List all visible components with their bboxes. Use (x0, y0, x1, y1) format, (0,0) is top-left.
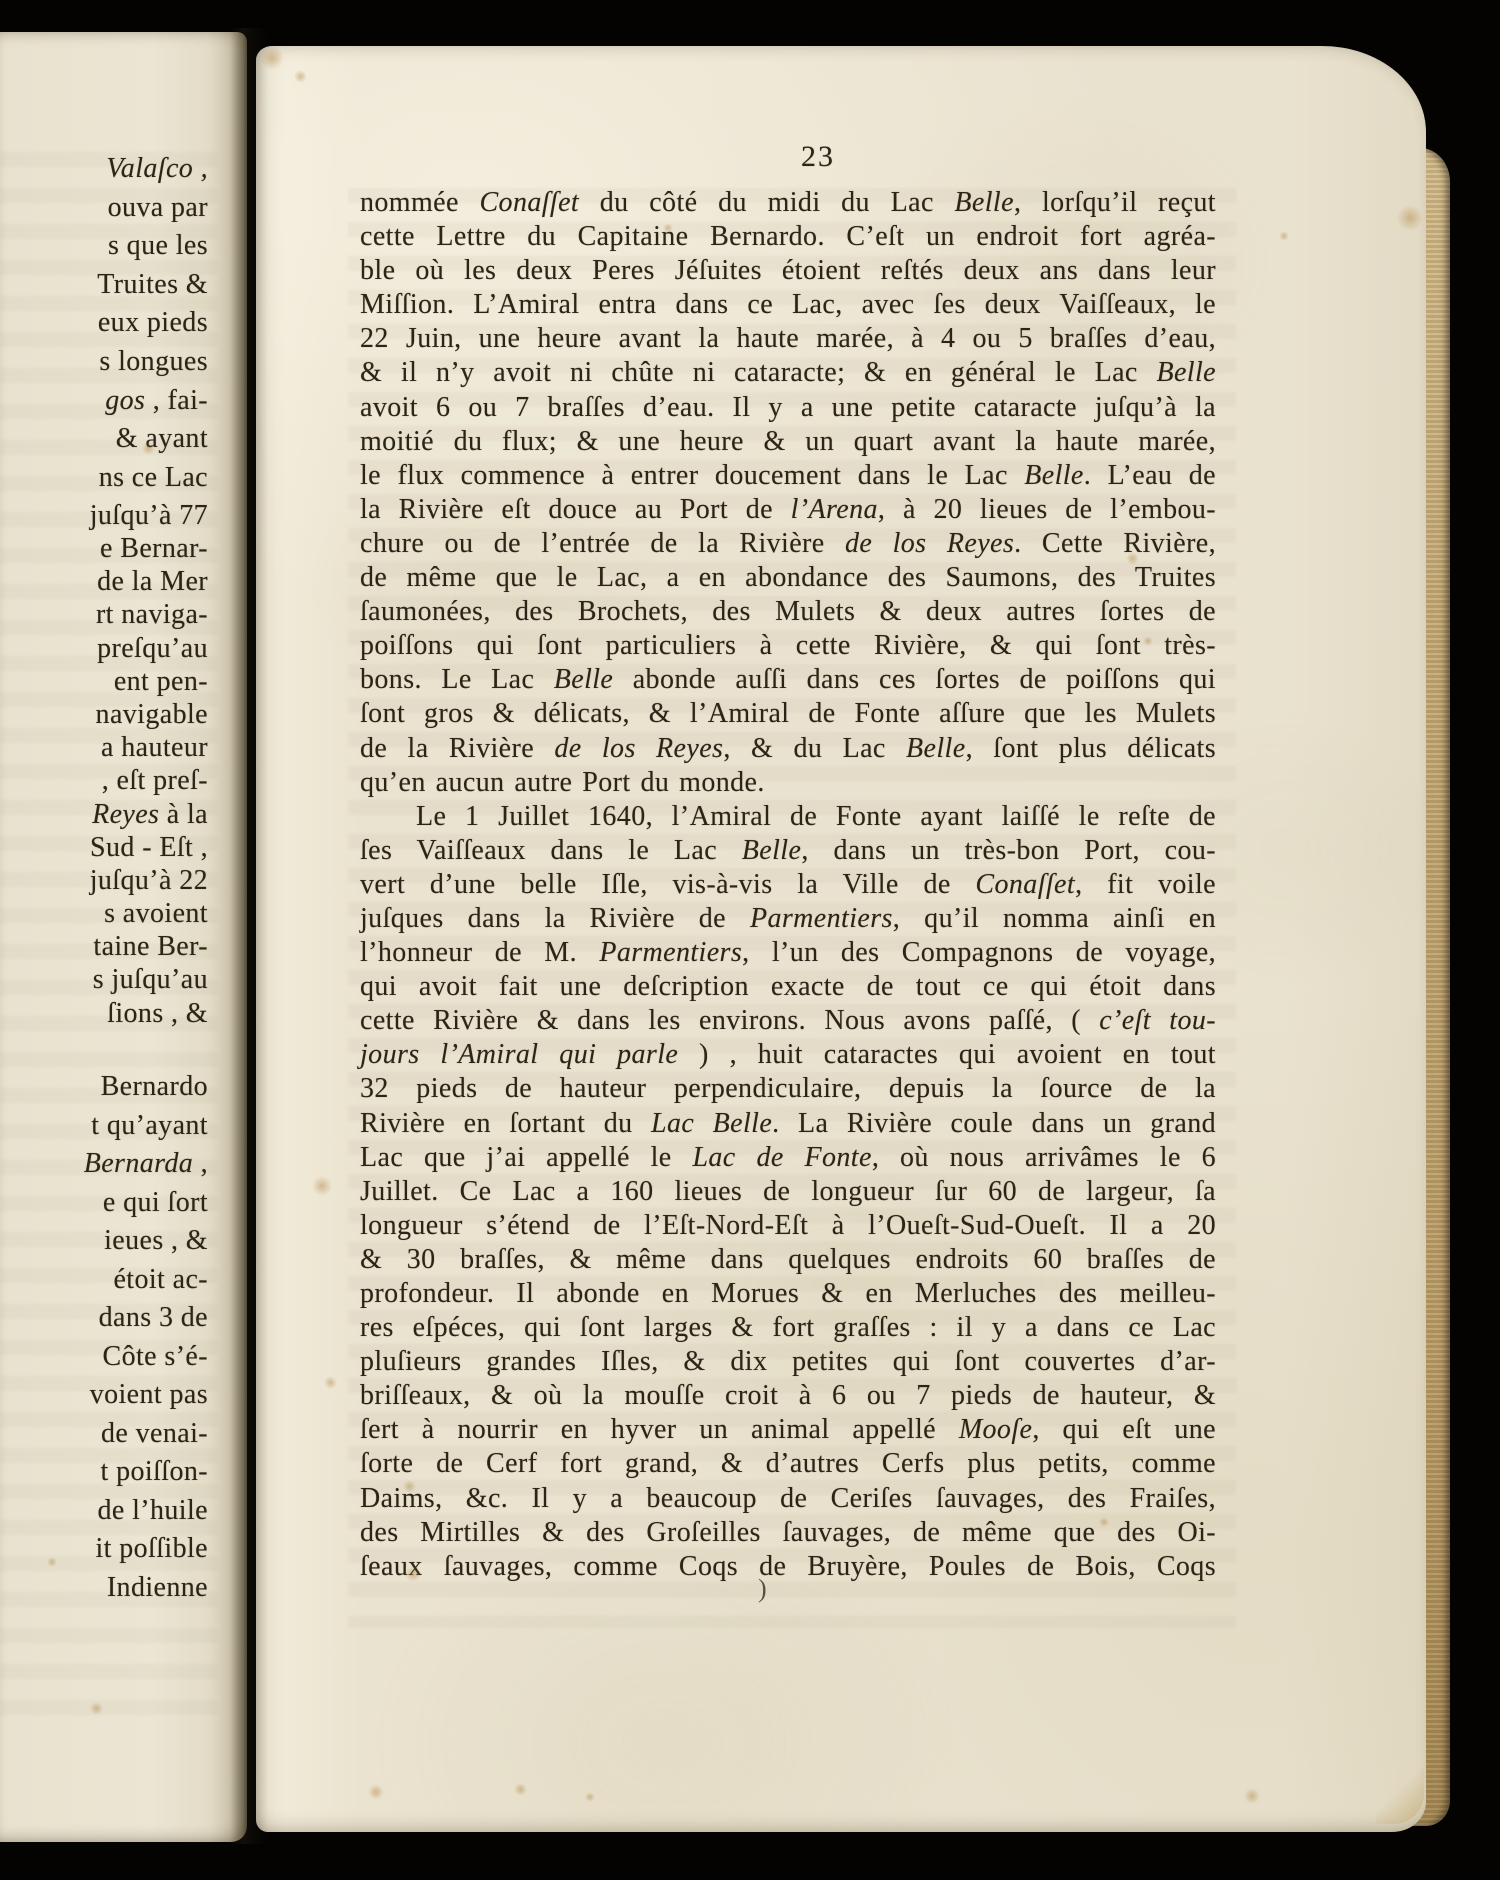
text-run: de l’huile (97, 1495, 208, 1526)
text-run: s avoient (104, 898, 208, 929)
text-run: ſeaux ſauvages, comme Coqs de Bruyère, P… (360, 1551, 1216, 1582)
text-run: la Rivière eſt douce au Port de (360, 494, 791, 525)
text-run: . L’eau de (1084, 460, 1216, 491)
text-run: abonde auſſi dans ces ſortes de poiſſons… (613, 664, 1216, 695)
text-run: à la (159, 799, 208, 830)
text-line: 22 Juin, une heure avant la haute marée,… (360, 322, 1216, 356)
text-run: , lorſqu’il reçut (1014, 187, 1216, 218)
text-line: Rivière en ſortant du Lac Belle. La Rivi… (360, 1107, 1216, 1141)
italic-text-run: Belle (1156, 357, 1216, 388)
text-line: avoit 6 ou 7 braſſes d’eau. Il y a une p… (360, 391, 1216, 425)
text-run: de la Rivière (360, 733, 554, 764)
text-run: ſont gros & délicats, & l’Amiral de Font… (360, 698, 1216, 729)
text-run: 22 Juin, une heure avant la haute marée,… (360, 323, 1216, 354)
left-page-text-line: Reyes à la (0, 798, 208, 831)
text-run: e Bernar- (100, 533, 208, 564)
text-line: bons. Le Lac Belle abonde auſſi dans ces… (360, 663, 1216, 697)
text-run: voient pas (90, 1379, 208, 1410)
text-run: cette Rivière & dans les environs. Nous … (360, 1005, 1099, 1036)
left-page-text-line: dans 3 de (0, 1299, 208, 1338)
text-line: Lac que j’ai appellé le Lac de Fonte, où… (360, 1141, 1216, 1175)
left-page-text-line: Indienne (0, 1569, 208, 1608)
text-run: s que les (108, 230, 208, 261)
left-page-text-line: de la Mer (0, 565, 208, 598)
text-run: , l’un des Compagnons de voyage, (742, 937, 1216, 968)
text-run: , à 20 lieues de l’embou- (878, 494, 1216, 525)
left-page-text-line: e Bernar- (0, 532, 208, 565)
text-run: Indienne (107, 1572, 208, 1603)
text-run: juſqu’à 77 (90, 500, 208, 531)
text-run: Le 1 Juillet 1640, l’Amiral de Fonte aya… (416, 801, 1216, 832)
right-page: 23 nommée Conaſſet du côté du midi du La… (256, 46, 1426, 1832)
text-run: ſorte de Cerf fort grand, & d’autres Cer… (360, 1448, 1216, 1479)
text-run: nommée (360, 187, 479, 218)
text-run: , & du Lac (723, 733, 906, 764)
text-run: l’honneur de M. (360, 937, 599, 968)
left-page-text-line: de venai- (0, 1415, 208, 1454)
text-run: navigable (96, 699, 208, 730)
text-run: Lac que j’ai appellé le (360, 1142, 692, 1173)
italic-text-run: Belle (954, 187, 1014, 218)
text-run: ouva par (108, 192, 208, 223)
text-line: pluſieurs grandes Iſles, & dix petites q… (360, 1345, 1216, 1379)
italic-text-run: Valaſco , (106, 153, 208, 184)
text-line: ſorte de Cerf fort grand, & d’autres Cer… (360, 1447, 1216, 1481)
text-run: it poſſible (95, 1533, 208, 1564)
left-page-text-line: preſqu’au (0, 632, 208, 665)
left-page-text-line: e qui ſort (0, 1184, 208, 1223)
left-page-text-group: Valaſco ,ouva pars que lesTruites &eux p… (0, 150, 208, 536)
text-run: Miſſion. L’Amiral entra dans ce Lac, ave… (360, 289, 1216, 320)
text-run: Truites & (97, 269, 208, 300)
text-line: vert d’une belle Iſle, vis-à-vis la Vill… (360, 868, 1216, 902)
text-run: des Mirtilles & des Groſeilles ſauvages,… (360, 1517, 1216, 1548)
text-run: , fit voile (1075, 869, 1216, 900)
italic-text-run: de los Reyes (845, 528, 1014, 559)
text-line: qu’en aucun autre Port du monde. (360, 766, 1216, 800)
left-page-text-line: & ayant (0, 420, 208, 459)
text-run: avoit 6 ou 7 braſſes d’eau. Il y a une p… (360, 392, 1216, 423)
text-run: vert d’une belle Iſle, vis-à-vis la Vill… (360, 869, 975, 900)
italic-text-run: Conaſſet (479, 187, 579, 218)
text-run: ſaumonées, des Brochets, des Mulets & de… (360, 596, 1216, 627)
italic-text-run: Belle (554, 664, 614, 695)
left-page-text-line: Bernarda , (0, 1145, 208, 1184)
text-run: ſes Vaiſſeaux dans le Lac (360, 835, 742, 866)
text-run: eux pieds (98, 307, 208, 338)
text-line: Juillet. Ce Lac a 160 lieues de longueur… (360, 1175, 1216, 1209)
text-run: de même que le Lac, a en abondance des S… (360, 562, 1216, 593)
text-run: poiſſons qui ſont particuliers à cette R… (360, 630, 1216, 661)
text-line: & il n’y avoit ni chûte ni cataracte; & … (360, 356, 1216, 390)
text-run: taine Ber- (93, 931, 208, 962)
text-run: chure ou de l’entrée de la Rivière (360, 528, 845, 559)
italic-text-run: Conaſſet (975, 869, 1075, 900)
text-run: 32 pieds de hauteur perpendiculaire, dep… (360, 1073, 1216, 1104)
text-run: Sud - Eſt , (90, 832, 208, 863)
text-run: ns ce Lac (99, 462, 208, 493)
left-page-text-line: rt naviga- (0, 598, 208, 631)
left-page-text-line: gos , fai- (0, 382, 208, 421)
book-scan: Valaſco ,ouva pars que lesTruites &eux p… (0, 0, 1500, 1880)
italic-text-run: Bernarda (84, 1148, 194, 1179)
text-run: du côté du midi du Lac (579, 187, 954, 218)
text-line: de même que le Lac, a en abondance des S… (360, 561, 1216, 595)
italic-text-run: Belle (742, 835, 802, 866)
left-page-text-line: Valaſco , (0, 150, 208, 189)
text-run: , fai- (145, 385, 208, 416)
text-run: rt naviga- (96, 599, 208, 630)
text-line: des Mirtilles & des Groſeilles ſauvages,… (360, 1516, 1216, 1550)
left-page-text-line: ieues , & (0, 1222, 208, 1261)
text-line: ſaumonées, des Brochets, des Mulets & de… (360, 595, 1216, 629)
text-run: t poiſſon- (101, 1456, 208, 1487)
left-page-text-line: s longues (0, 343, 208, 382)
italic-text-run: l’Arena (791, 494, 878, 525)
text-run: pluſieurs grandes Iſles, & dix petites q… (360, 1346, 1216, 1377)
text-run: , qui eſt une (1032, 1414, 1216, 1445)
text-run: profondeur. Il abonde en Morues & en Mer… (360, 1278, 1216, 1309)
italic-text-run: Reyes (92, 799, 159, 830)
left-page-text-line: s que les (0, 227, 208, 266)
text-run: longueur s’étend de l’Eſt-Nord-Eſt à l’O… (360, 1210, 1216, 1241)
text-run: & ayant (116, 423, 208, 454)
text-run: de venai- (101, 1418, 208, 1449)
left-page-text-line: eux pieds (0, 304, 208, 343)
text-line: cette Rivière & dans les environs. Nous … (360, 1004, 1216, 1038)
text-line: Le 1 Juillet 1640, l’Amiral de Fonte aya… (360, 800, 1216, 834)
text-run: , (193, 1148, 208, 1179)
text-run: & il n’y avoit ni chûte ni cataracte; & … (360, 357, 1156, 388)
left-page-text-line: Truites & (0, 266, 208, 305)
text-run: e qui ſort (103, 1187, 208, 1218)
italic-text-run: Belle (1024, 460, 1084, 491)
italic-text-run: de los Reyes (554, 733, 723, 764)
left-page-text-line: de l’huile (0, 1492, 208, 1531)
text-line: qui avoit fait une deſcription exacte de… (360, 970, 1216, 1004)
text-line: de la Rivière de los Reyes, & du Lac Bel… (360, 732, 1216, 766)
text-line: 32 pieds de hauteur perpendiculaire, dep… (360, 1072, 1216, 1106)
text-run: moitié du flux; & une heure & un quart a… (360, 426, 1216, 457)
text-run: le flux commence à entrer doucement dans… (360, 460, 1024, 491)
text-run: t qu’ayant (91, 1110, 208, 1141)
text-line: l’honneur de M. Parmentiers, l’un des Co… (360, 936, 1216, 970)
text-line: & 30 braſſes, & même dans quelques endro… (360, 1243, 1216, 1277)
left-page-text-line: étoit ac- (0, 1261, 208, 1300)
left-page-text-line: a hauteur (0, 731, 208, 764)
text-line: poiſſons qui ſont particuliers à cette R… (360, 629, 1216, 663)
text-line: ble où les deux Peres Jéſuites étoient r… (360, 254, 1216, 288)
text-run: juſques dans la Rivière de (360, 903, 750, 934)
text-run: ent pen- (114, 666, 208, 697)
text-run: s longues (99, 346, 208, 377)
left-page-text-line: juſqu’à 77 (0, 497, 208, 536)
italic-text-run: Parmentiers (599, 937, 742, 968)
text-run: a hauteur (101, 732, 208, 763)
text-run: juſqu’à 22 (90, 865, 208, 896)
left-page-text-line: Bernardo (0, 1068, 208, 1107)
text-run: ſions , & (107, 998, 208, 1029)
text-run: ) , huit cataractes qui avoient en tout (678, 1039, 1216, 1070)
italic-text-run: c’eſt tou- (1099, 1005, 1216, 1036)
left-page-text-line: Côte s’é- (0, 1338, 208, 1377)
text-run: & 30 braſſes, & même dans quelques endro… (360, 1244, 1216, 1275)
text-run: res eſpéces, qui ſont larges & fort graſ… (360, 1312, 1216, 1343)
text-run: Juillet. Ce Lac a 160 lieues de longueur… (360, 1176, 1216, 1207)
left-page-text-line: Sud - Eſt , (0, 831, 208, 864)
text-line: le flux commence à entrer doucement dans… (360, 459, 1216, 493)
left-page-text-line: t poiſſon- (0, 1453, 208, 1492)
left-page-text-group: e Bernar-de la Merrt naviga-preſqu’auent… (0, 532, 208, 1030)
left-page-text-line: juſqu’à 22 (0, 864, 208, 897)
left-page-text-line: , eſt preſ- (0, 764, 208, 797)
page-corner-fold (1376, 1766, 1424, 1824)
text-line: chure ou de l’entrée de la Rivière de lo… (360, 527, 1216, 561)
text-run: cette Lettre du Capitaine Bernardo. C’eſ… (360, 221, 1216, 252)
text-line: cette Lettre du Capitaine Bernardo. C’eſ… (360, 220, 1216, 254)
text-line: nommée Conaſſet du côté du midi du Lac B… (360, 186, 1216, 220)
text-line: ſes Vaiſſeaux dans le Lac Belle, dans un… (360, 834, 1216, 868)
text-run: Bernardo (101, 1071, 208, 1102)
text-run: bons. Le Lac (360, 664, 554, 695)
left-page-text-line: ſions , & (0, 997, 208, 1030)
page-text-block: nommée Conaſſet du côté du midi du Lac B… (360, 186, 1216, 1584)
text-run: , qu’il nomma ainſi en (893, 903, 1216, 934)
text-line: profondeur. Il abonde en Morues & en Mer… (360, 1277, 1216, 1311)
text-line: Miſſion. L’Amiral entra dans ce Lac, ave… (360, 288, 1216, 322)
text-run: , eſt preſ- (102, 765, 208, 796)
left-page-text-line: taine Ber- (0, 930, 208, 963)
left-page-text-group: Bernardot qu’ayantBernarda ,e qui ſortie… (0, 1068, 208, 1607)
text-run: Daims, &c. Il y a beaucoup de Ceriſes ſa… (360, 1483, 1216, 1514)
italic-text-run: Belle (906, 733, 966, 764)
text-line: jours l’Amiral qui parle ) , huit catara… (360, 1038, 1216, 1072)
text-line: longueur s’étend de l’Eſt-Nord-Eſt à l’O… (360, 1209, 1216, 1243)
italic-text-run: Lac Belle (651, 1108, 772, 1139)
text-line: Daims, &c. Il y a beaucoup de Ceriſes ſa… (360, 1482, 1216, 1516)
text-line: ſert à nourrir en hyver un animal appell… (360, 1413, 1216, 1447)
text-run: ſert à nourrir en hyver un animal appell… (360, 1414, 959, 1445)
text-run: ieues , & (104, 1225, 208, 1256)
text-run: preſqu’au (97, 633, 208, 664)
left-page-text-line: it poſſible (0, 1530, 208, 1569)
left-page-text-line: ns ce Lac (0, 459, 208, 498)
text-line: la Rivière eſt douce au Port de l’Arena,… (360, 493, 1216, 527)
text-line: ſont gros & délicats, & l’Amiral de Font… (360, 697, 1216, 731)
text-run: , ſont plus délicats (966, 733, 1216, 764)
text-run: ble où les deux Peres Jéſuites étoient r… (360, 255, 1216, 286)
left-page-text-line: s avoient (0, 897, 208, 930)
italic-text-run: Mooſe (959, 1414, 1033, 1445)
text-run: . La Rivière coule dans un grand (772, 1108, 1216, 1139)
text-run: Rivière en ſortant du (360, 1108, 651, 1139)
text-run: qu’en aucun autre Port du monde. (360, 767, 765, 798)
text-run: s juſqu’au (93, 964, 208, 995)
stray-ink-mark: ) (758, 1574, 767, 1604)
text-run: . Cette Rivière, (1014, 528, 1216, 559)
text-run: dans 3 de (99, 1302, 208, 1333)
text-line: res eſpéces, qui ſont larges & fort graſ… (360, 1311, 1216, 1345)
text-line: juſques dans la Rivière de Parmentiers, … (360, 902, 1216, 936)
text-run: de la Mer (97, 566, 208, 597)
italic-text-run: jours l’Amiral qui parle (360, 1039, 678, 1070)
text-run: , où nous arrivâmes le 6 (872, 1142, 1216, 1173)
left-page-edge: Valaſco ,ouva pars que lesTruites &eux p… (0, 32, 247, 1842)
text-line: briſſeaux, & où la mouſſe croit à 6 ou 7… (360, 1379, 1216, 1413)
text-run: étoit ac- (113, 1264, 208, 1295)
italic-text-run: gos (105, 385, 145, 416)
italic-text-run: Parmentiers (750, 903, 893, 934)
page-number: 23 (786, 140, 850, 174)
text-run: Côte s’é- (103, 1341, 208, 1372)
text-run: , dans un très-bon Port, cou- (801, 835, 1216, 866)
text-line: moitié du flux; & une heure & un quart a… (360, 425, 1216, 459)
text-run: qui avoit fait une deſcription exacte de… (360, 971, 1216, 1002)
italic-text-run: Lac de Fonte (692, 1142, 871, 1173)
left-page-text-line: navigable (0, 698, 208, 731)
left-page-text-line: ent pen- (0, 665, 208, 698)
left-page-text-line: voient pas (0, 1376, 208, 1415)
text-run: briſſeaux, & où la mouſſe croit à 6 ou 7… (360, 1380, 1216, 1411)
left-page-text-line: s juſqu’au (0, 963, 208, 996)
text-line: ſeaux ſauvages, comme Coqs de Bruyère, P… (360, 1550, 1216, 1584)
left-page-text-line: ouva par (0, 189, 208, 228)
left-page-text-line: t qu’ayant (0, 1107, 208, 1146)
